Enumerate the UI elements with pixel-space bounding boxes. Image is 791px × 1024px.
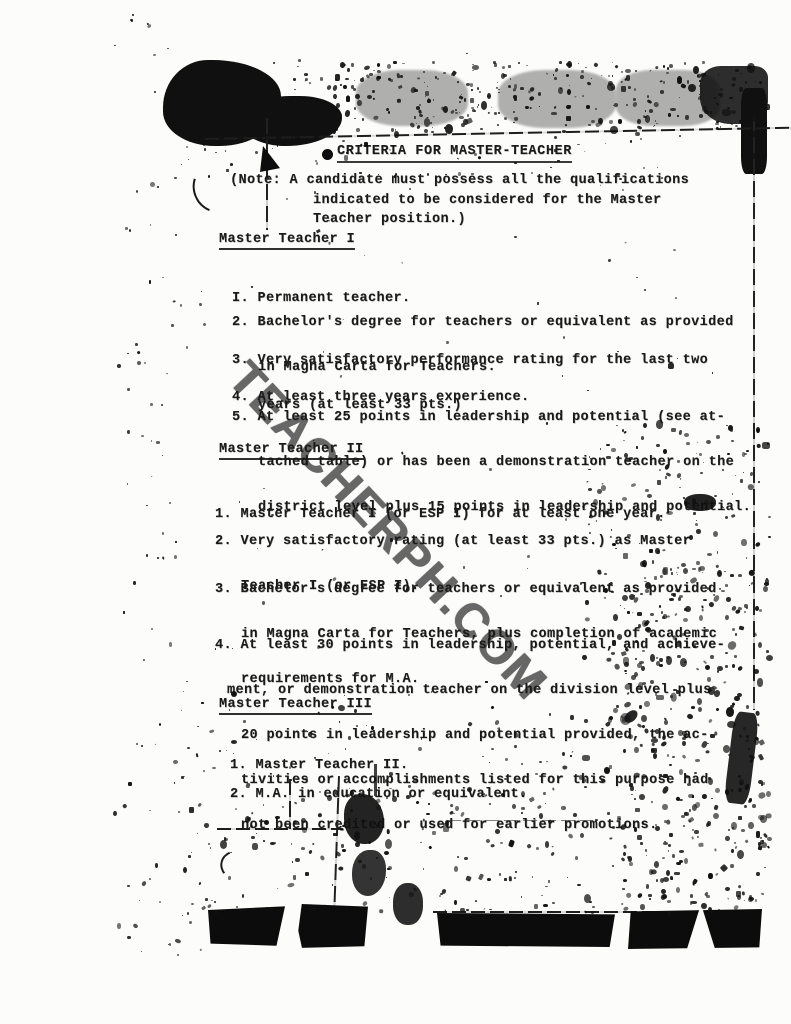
noise-speck [293,139,295,140]
noise-speck [669,64,673,68]
noise-speck [741,829,745,832]
noise-speck [480,128,483,130]
noise-speck [708,873,713,880]
noise-speck [731,822,737,830]
noise-speck [748,897,752,902]
noise-speck [566,116,571,120]
noise-speck [752,804,755,808]
noise-speck [743,727,746,729]
noise-speck [751,111,754,114]
noise-speck [255,151,258,154]
noise-speck [481,101,487,109]
noise-speck [377,76,381,79]
noise-speck [565,124,567,127]
noise-speck [762,442,770,448]
noise-speck [168,944,170,945]
noise-speck [342,140,345,142]
noise-speck [305,78,308,81]
noise-speck [747,63,754,73]
noise-speck [201,906,206,911]
noise-speck [351,85,355,88]
noise-speck [746,557,747,559]
noise-speck [725,887,730,891]
noise-speck [357,100,362,105]
ink-blot [616,70,720,126]
noise-speck [755,98,758,102]
noise-speck [345,78,349,80]
noise-speck [388,111,390,114]
note-line: Teacher position.) [313,212,466,227]
noise-speck [494,63,497,67]
band-notch [276,888,302,948]
noise-speck [187,747,189,749]
noise-speck [432,127,434,128]
noise-speck [501,73,505,79]
noise-speck [749,570,756,577]
noise-speck [768,516,770,518]
noise-speck [210,847,211,848]
noise-speck [203,144,206,146]
noise-speck [236,906,238,909]
noise-speck [661,893,668,900]
noise-speck [562,130,566,132]
noise-speck [149,280,152,284]
noise-speck [765,107,768,110]
noise-speck [494,112,496,115]
noise-speck [757,444,761,449]
noise-speck [496,82,497,83]
noise-speck [441,106,445,110]
noise-speck [757,723,760,726]
noise-speck [153,91,155,93]
noise-speck [737,884,741,888]
noise-speck [309,906,316,910]
noise-speck [466,118,473,125]
noise-speck [504,878,507,881]
noise-speck [725,615,729,620]
noise-speck [283,143,286,145]
noise-speck [734,696,739,701]
noise-speck [215,152,216,153]
noise-speck [728,829,730,831]
noise-speck [424,82,425,83]
noise-speck [336,103,340,108]
noise-speck [643,167,645,169]
ink-band [296,904,368,948]
noise-speck [731,849,734,853]
noise-speck [584,150,586,151]
noise-speck [740,73,742,74]
noise-speck [702,61,705,65]
noise-speck [466,909,468,911]
noise-speck [755,736,760,740]
noise-speck [445,124,453,134]
noise-speck [293,875,296,880]
noise-speck [498,112,500,115]
noise-speck [721,590,724,592]
noise-speck [298,59,301,62]
noise-speck [513,116,518,121]
noise-speck [584,910,587,914]
noise-speck [478,104,480,106]
noise-speck [567,89,571,95]
noise-speck [592,906,595,908]
noise-speck [758,739,765,746]
noise-speck [305,872,309,876]
noise-speck [178,811,180,813]
noise-speck [543,904,548,907]
noise-speck [419,104,421,106]
noise-speck [195,753,198,757]
noise-speck [518,62,520,64]
noise-speck [651,869,657,874]
noise-speck [663,877,669,882]
noise-speck [208,843,210,845]
noise-speck [635,70,637,72]
noise-speck [211,900,213,902]
noise-speck [731,110,736,113]
noise-speck [744,840,748,844]
noise-speck [127,936,131,939]
noise-speck [623,879,627,882]
noise-speck [410,87,417,94]
noise-speck [539,106,540,107]
noise-speck [521,896,522,898]
noise-speck [749,895,752,899]
noise-speck [276,887,277,889]
noise-speck [136,190,138,193]
noise-speck [589,901,592,903]
noise-speck [297,66,298,67]
noise-speck [461,94,462,95]
noise-speck [496,87,499,90]
noise-speck [460,123,464,128]
noise-speck [423,868,424,870]
noise-speck [129,229,131,232]
noise-speck [605,143,606,144]
noise-speck [151,440,152,441]
noise-speck [618,119,623,124]
noise-speck [388,866,392,870]
noise-speck [272,148,274,149]
noise-speck [679,135,681,137]
noise-speck [513,122,515,123]
noise-speck [720,94,722,96]
noise-speck [214,901,215,903]
noise-speck [278,909,281,911]
noise-speck [640,138,642,140]
noise-speck [705,102,706,103]
noise-speck [719,587,722,590]
noise-speck [577,884,580,887]
noise-speck [498,89,500,90]
noise-speck [622,906,628,911]
noise-speck [265,907,268,912]
noise-speck [749,572,751,573]
noise-speck [181,776,185,779]
noise-speck [744,140,746,143]
noise-speck [687,80,690,84]
noise-speck [293,78,295,80]
noise-speck [113,811,117,816]
noise-speck [612,62,613,63]
noise-speck [320,77,324,81]
item-line: 4. At least 30 points in leadership, pot… [215,638,725,653]
noise-speck [757,815,764,822]
noise-speck [730,123,732,125]
noise-speck [762,93,763,95]
noise-speck [174,938,180,943]
noise-speck [746,739,749,742]
noise-speck [633,98,636,101]
noise-speck [736,891,741,897]
noise-speck [621,86,626,92]
noise-speck [757,791,766,799]
noise-speck [142,659,144,662]
noise-speck [141,745,143,747]
noise-speck [744,900,745,901]
noise-speck [656,879,658,882]
noise-speck [159,723,161,726]
noise-speck [162,277,164,279]
noise-speck [437,78,439,79]
noise-speck [765,579,770,584]
ink-blot [163,60,281,146]
ink-band [437,913,615,947]
noise-speck [450,110,455,115]
noise-speck [529,96,535,102]
noise-speck [402,63,404,65]
noise-speck [558,87,563,94]
noise-speck [362,901,368,907]
noise-speck [725,665,728,667]
noise-speck [347,95,349,98]
noise-speck [732,702,736,706]
noise-speck [512,89,515,92]
noise-speck [635,132,640,137]
noise-speck [730,574,734,577]
noise-speck [377,63,380,67]
noise-speck [304,116,308,120]
noise-speck [305,80,307,82]
noise-speck [174,555,177,559]
noise-speck [197,726,200,728]
noise-speck [171,324,174,328]
noise-speck [601,75,603,77]
noise-speck [567,877,568,878]
noise-speck [175,541,176,543]
noise-speck [162,455,163,456]
noise-speck [432,117,434,118]
noise-speck [423,71,426,73]
noise-speck [454,900,458,905]
noise-speck [397,98,401,102]
noise-speck [611,86,614,89]
noise-speck [630,140,632,143]
noise-speck [766,791,771,797]
noise-speck [720,126,721,127]
noise-speck [646,884,650,889]
noise-speck [731,605,737,611]
noise-speck [722,109,731,116]
noise-speck [123,611,125,614]
noise-speck [364,255,365,256]
noise-speck [477,87,479,90]
noise-speck [183,776,185,778]
noise-speck [474,110,476,112]
noise-speck [417,109,421,114]
noise-speck [332,129,336,134]
noise-speck [530,97,532,100]
noise-speck [324,136,325,138]
noise-speck [622,888,625,891]
noise-speck [294,96,299,101]
noise-speck [655,120,656,122]
noise-speck [621,81,623,83]
noise-speck [478,873,485,880]
noise-speck [655,65,659,68]
noise-speck [757,678,763,687]
noise-speck [731,83,736,87]
noise-speck [273,62,275,65]
noise-speck [753,576,755,578]
noise-speck [156,441,160,444]
noise-speck [748,66,751,70]
noise-speck [433,99,434,100]
noise-speck [173,300,176,303]
noise-speck [459,101,461,103]
noise-speck [418,78,421,80]
noise-speck [645,110,646,111]
noise-speck [307,115,312,118]
noise-speck [189,807,193,814]
noise-speck [574,96,576,98]
noise-speck [146,554,149,558]
noise-speck [726,640,738,652]
noise-speck [725,652,728,654]
noise-speck [724,571,726,573]
noise-speck [344,64,346,66]
noise-speck [645,115,650,122]
noise-speck [553,74,555,76]
scan-line [433,911,673,913]
noise-speck [767,845,770,848]
noise-speck [180,304,183,307]
noise-speck [303,126,308,131]
noise-speck [470,98,474,103]
noise-speck [649,109,653,112]
noise-speck [756,872,760,877]
noise-speck [749,754,756,759]
noise-speck [203,323,206,326]
noise-speck [758,642,762,648]
section-heading-mt1: Master Teacher I [219,232,355,250]
noise-speck [169,642,172,646]
noise-speck [360,78,364,82]
noise-speck [732,664,735,668]
noise-speck [263,109,265,111]
noise-speck [747,64,752,69]
noise-speck [365,74,370,79]
noise-speck [758,846,763,851]
noise-speck [502,65,506,69]
noise-speck [649,869,653,875]
noise-speck [167,48,169,49]
noise-speck [626,75,630,80]
noise-speck [566,63,570,66]
ink-dot [322,149,333,160]
noise-speck [127,388,130,391]
noise-speck [439,895,441,897]
noise-speck [699,94,700,95]
noise-speck [608,75,610,77]
noise-speck [332,884,333,885]
noise-speck [534,904,538,909]
noise-speck [649,898,651,900]
noise-speck [298,102,301,104]
noise-speck [204,823,209,828]
noise-speck [356,128,360,132]
noise-speck [201,291,202,292]
noise-speck [759,815,767,823]
ink-blot [356,70,468,126]
noise-speck [400,75,402,78]
noise-speck [593,62,598,67]
noise-speck [624,77,627,80]
noise-speck [159,901,161,903]
noise-speck [692,882,695,885]
noise-speck [745,98,748,101]
noise-speck [493,61,496,63]
noise-speck [288,883,295,889]
noise-speck [265,137,268,140]
noise-speck [660,80,663,83]
noise-speck [149,810,151,812]
noise-speck [674,872,679,876]
noise-speck [708,907,712,912]
noise-speck [364,65,371,71]
note-line: indicated to be considered for the Maste… [313,193,662,208]
noise-speck [608,259,611,262]
noise-speck [643,115,646,118]
noise-speck [737,850,744,859]
noise-speck [136,743,138,745]
noise-speck [387,868,390,870]
noise-speck [139,900,141,902]
noise-speck [472,109,475,113]
noise-speck [656,123,658,124]
noise-speck [127,885,130,887]
noise-speck [373,70,375,71]
noise-speck [286,198,288,200]
scan-line [753,115,755,710]
noise-speck [456,80,459,83]
noise-speck [677,76,682,84]
noise-speck [487,96,488,97]
noise-speck [753,669,759,674]
noise-speck [309,81,312,84]
noise-speck [636,125,641,130]
noise-speck [508,65,511,68]
noise-speck [338,867,343,871]
noise-speck [719,93,724,98]
page-title: CRITERIA FOR MASTER-TEACHER [337,144,572,163]
noise-speck [127,483,128,485]
noise-speck [114,45,116,46]
noise-speck [150,403,153,406]
noise-speck [739,119,741,122]
ink-blot [242,96,342,146]
